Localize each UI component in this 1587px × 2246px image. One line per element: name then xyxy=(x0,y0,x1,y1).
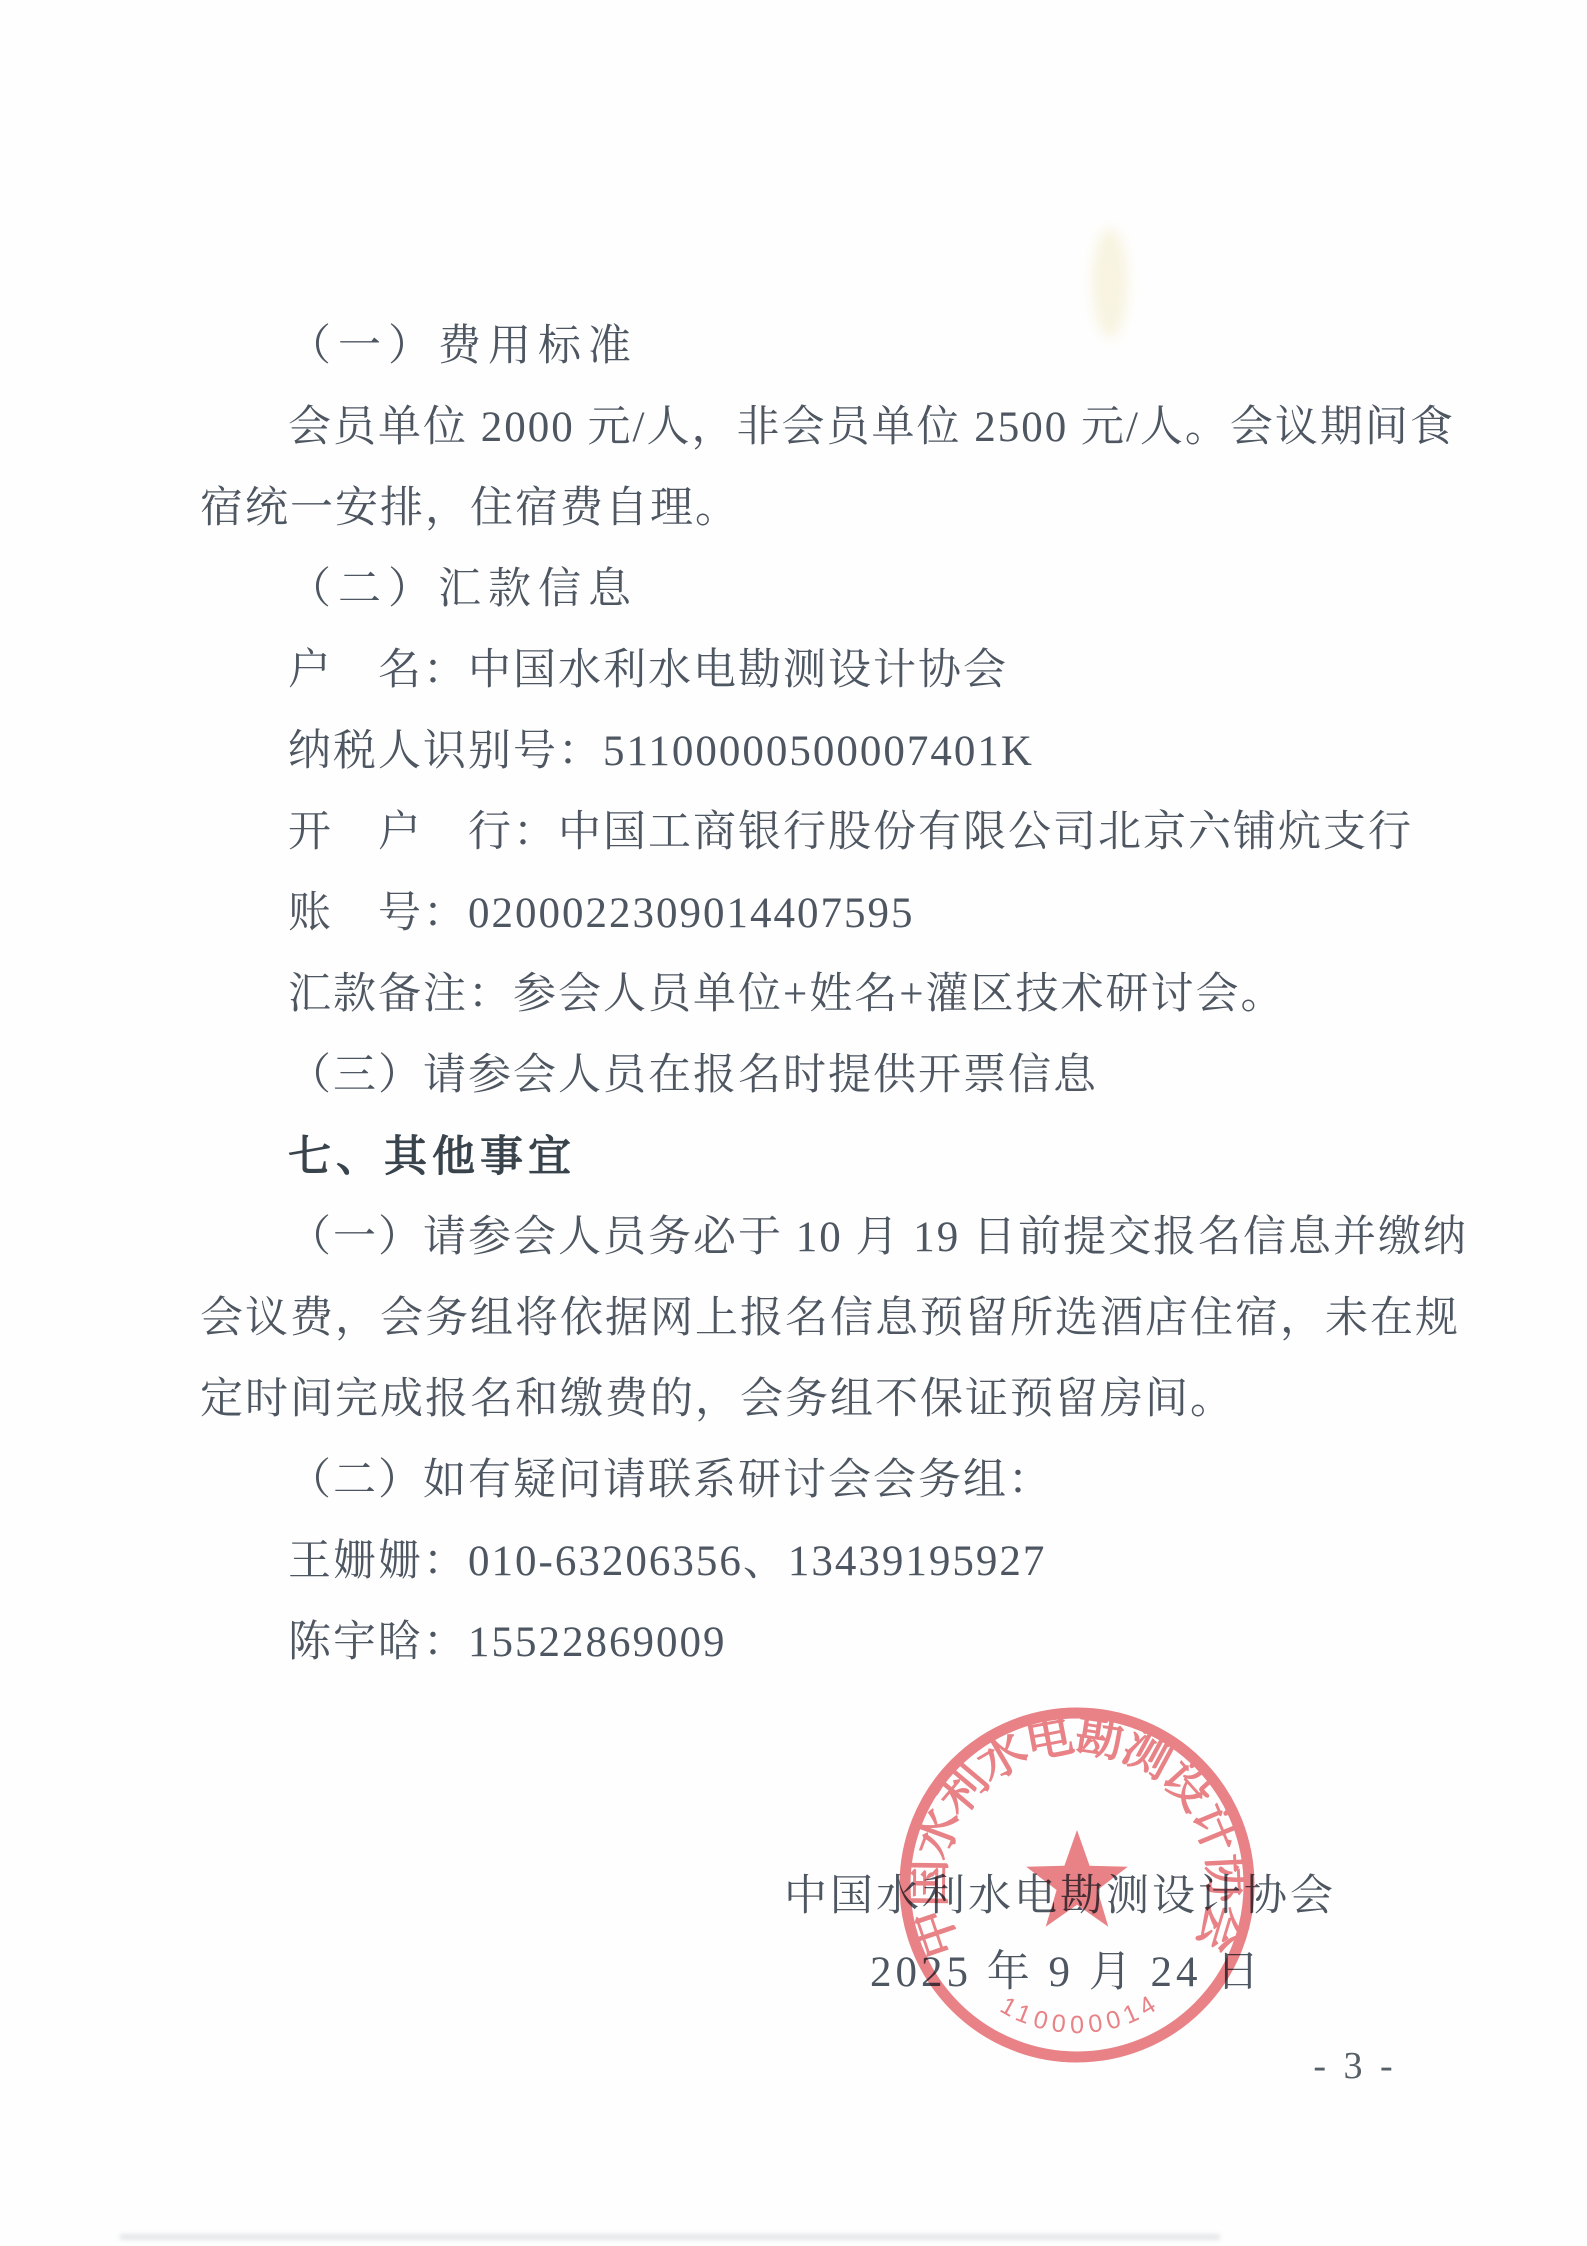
line-tax-id: 纳税人识别号：51100000500007401K xyxy=(288,728,1034,776)
line-account-number: 账 号：0200022309014407595 xyxy=(288,890,915,938)
line-fee-1: 会员单位 2000 元/人，非会员单位 2500 元/人。会议期间食 xyxy=(288,404,1455,452)
line-bank: 开 户 行：中国工商银行股份有限公司北京六铺炕支行 xyxy=(288,809,1413,857)
line-invoice-note: （三）请参会人员在报名时提供开票信息 xyxy=(288,1052,1098,1100)
page-number: - 3 - xyxy=(1300,2044,1410,2088)
line-account-name: 户 名：中国水利水电勘测设计协会 xyxy=(288,647,1008,695)
document-page: （一）费用标准 会员单位 2000 元/人，非会员单位 2500 元/人。会议期… xyxy=(0,0,1587,2246)
scan-smudge xyxy=(1092,228,1128,338)
line-other-1b: 会议费，会务组将依据网上报名信息预留所选酒店住宿，未在规 xyxy=(200,1295,1460,1343)
line-other-1a: （一）请参会人员务必于 10 月 19 日前提交报名信息并缴纳 xyxy=(288,1214,1468,1262)
official-seal: 中国水利水电勘测设计协会 1100000145710 xyxy=(888,1698,1266,2074)
scan-artifact xyxy=(120,2234,1220,2240)
line-other-1c: 定时间完成报名和缴费的，会务组不保证预留房间。 xyxy=(200,1376,1235,1424)
line-contact-chen: 陈宇晗：15522869009 xyxy=(288,1619,727,1667)
line-contact-wang: 王姗姗：010-63206356、13439195927 xyxy=(288,1538,1046,1586)
seal-star-icon xyxy=(1026,1830,1128,1927)
line-fee-heading: （一）费用标准 xyxy=(288,323,638,371)
line-other-heading: 七、其他事宜 xyxy=(288,1133,576,1181)
line-other-2: （二）如有疑问请联系研讨会会务组： xyxy=(288,1457,1053,1505)
line-remit-note: 汇款备注：参会人员单位+姓名+灌区技术研讨会。 xyxy=(288,971,1286,1019)
line-fee-2: 宿统一安排，住宿费自理。 xyxy=(200,485,740,533)
line-remit-heading: （二）汇款信息 xyxy=(288,566,638,614)
